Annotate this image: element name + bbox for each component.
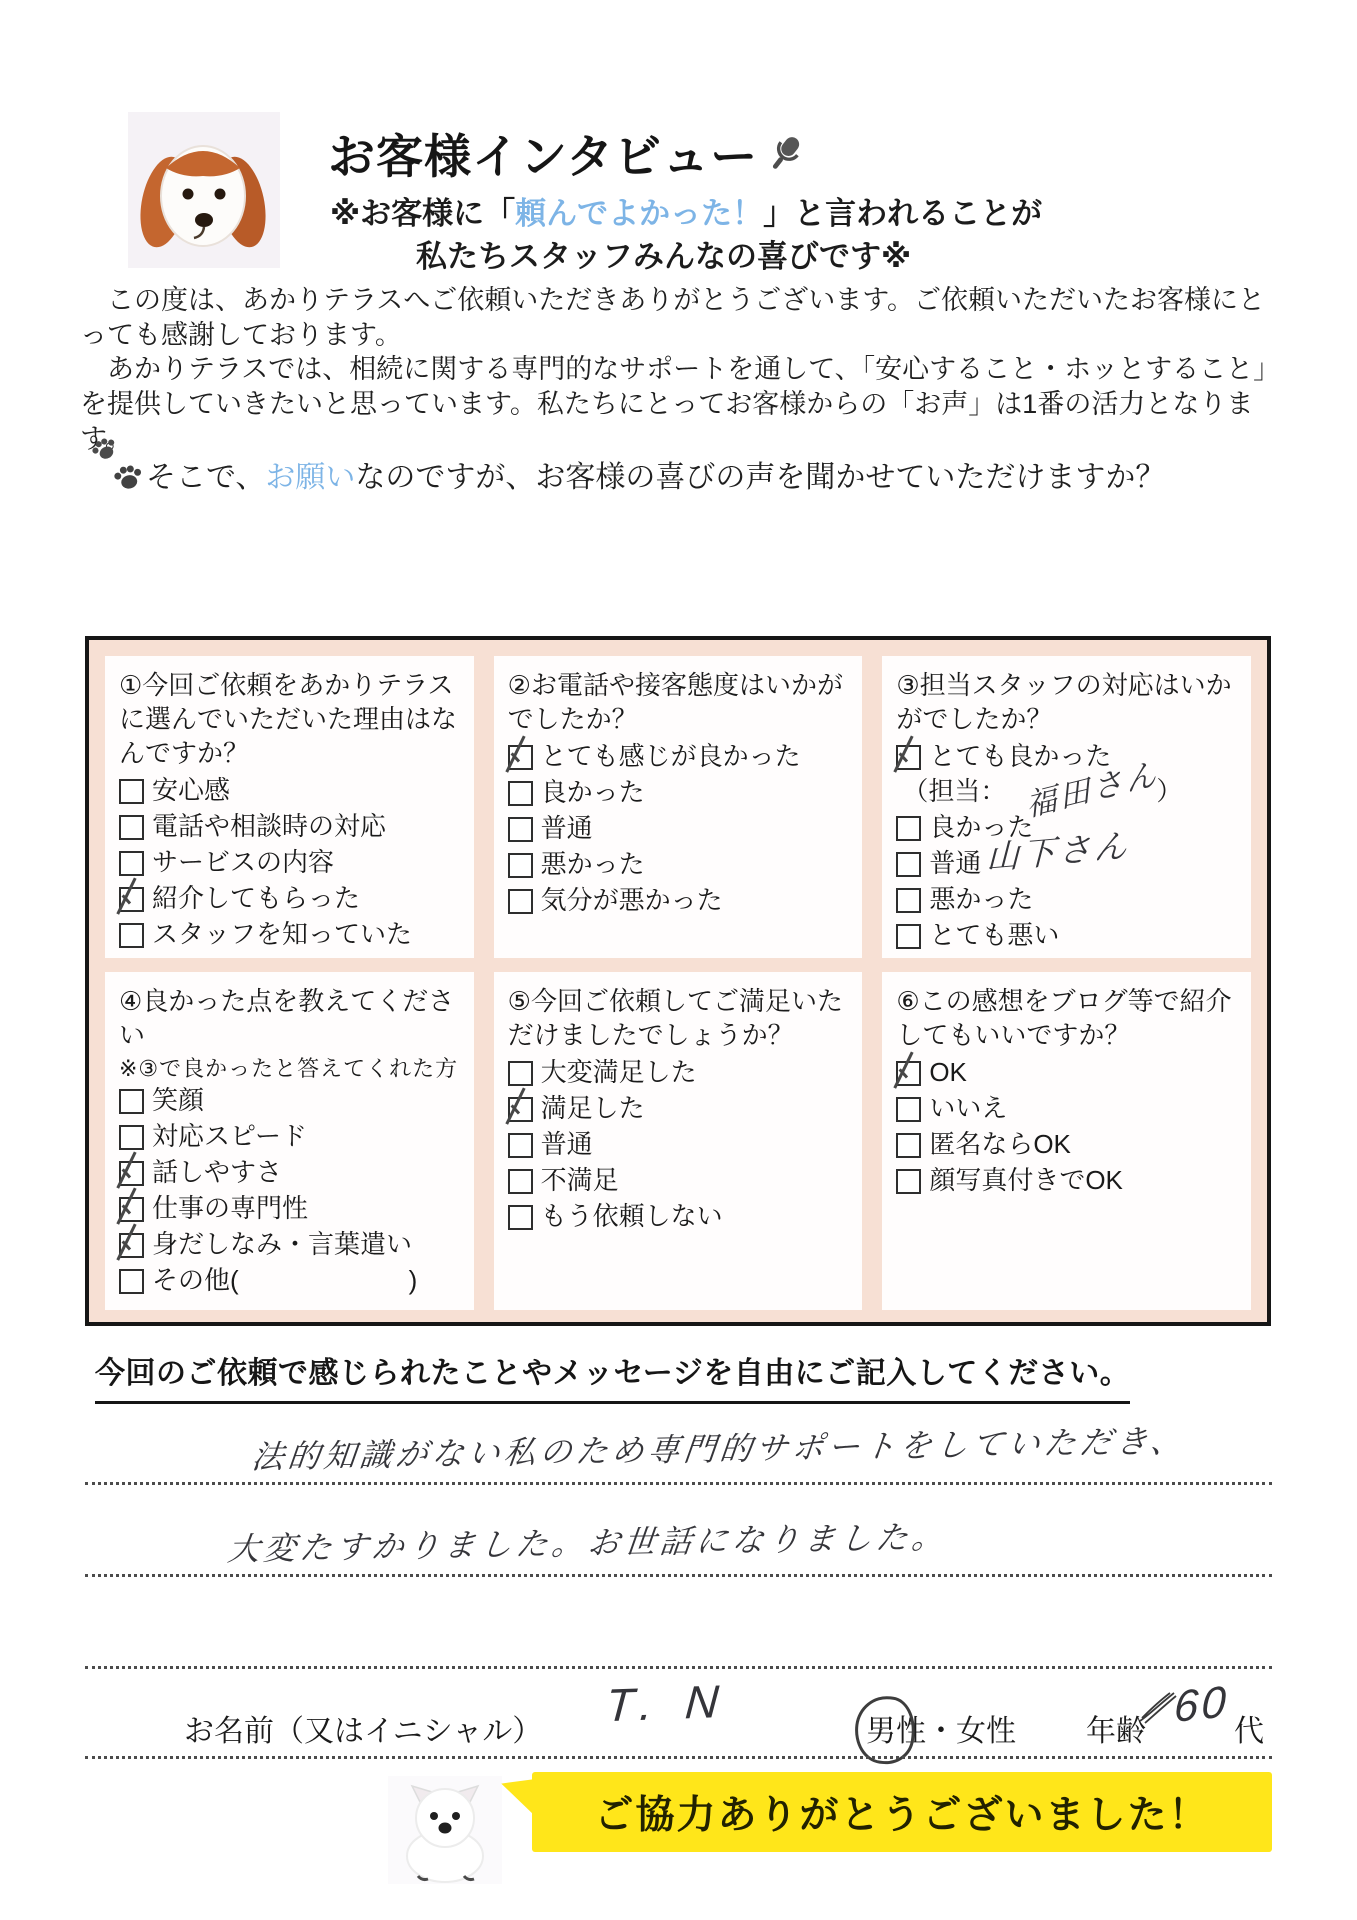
option-label: 電話や相談時の対応 xyxy=(152,809,386,844)
option-label: 身だしなみ・言葉遣い xyxy=(152,1227,412,1262)
checkbox[interactable] xyxy=(508,745,533,770)
comment-section-heading: 今回のご依頼で感じられたことやメッセージを自由にご記入してください。 xyxy=(95,1348,1130,1404)
option-label: 紹介してもらった xyxy=(152,881,360,916)
option-row: 悪かった xyxy=(508,847,849,882)
handwritten-initials: T. N xyxy=(604,1674,730,1732)
checkbox[interactable] xyxy=(896,924,921,949)
option-row: 普通 xyxy=(508,1127,849,1162)
option-row: 悪かった xyxy=(896,882,1237,917)
writing-line xyxy=(85,1482,1272,1485)
writing-line xyxy=(85,1756,1272,1759)
speech-bubble-tail xyxy=(498,1774,539,1815)
checkbox[interactable] xyxy=(119,923,144,948)
question-title: ①今回ご依頼をあかりテラスに選んでいただいた理由はなんですか？ xyxy=(119,668,460,770)
paw-print-icon xyxy=(109,457,147,495)
checkbox[interactable] xyxy=(119,779,144,804)
checkbox[interactable] xyxy=(896,888,921,913)
option-label: 大変満足した xyxy=(541,1055,697,1090)
checkbox[interactable] xyxy=(119,1269,144,1294)
survey-card-4: ④良かった点を教えてください ※③で良かったと答えてくれた方 笑顔 対応スピード… xyxy=(105,972,474,1310)
question-title: ⑥この感想をブログ等で紹介してもいいですか？ xyxy=(896,984,1237,1052)
checkbox[interactable] xyxy=(119,851,144,876)
option-label: 普通 xyxy=(929,846,981,881)
gender-options: 男性・女性 xyxy=(866,1706,1016,1750)
option-row: 電話や相談時の対応 xyxy=(119,809,460,844)
tagline-highlight: 頼んでよかった！ xyxy=(515,196,763,231)
option-row: とても感じが良かった xyxy=(508,739,849,774)
ask-line: そこで、お願いなのですが、お客様の喜びの声を聞かせていただけますか？ xyxy=(146,452,1165,496)
checkbox[interactable] xyxy=(508,853,533,878)
option-row: 気分が悪かった xyxy=(508,883,849,918)
survey-panel: ①今回ご依頼をあかりテラスに選んでいただいた理由はなんですか？ 安心感 電話や相… xyxy=(85,636,1271,1326)
question-note: ※③で良かったと答えてくれた方 xyxy=(119,1055,460,1082)
tagline-line2: 私たちスタッフみんなの喜びです※ xyxy=(416,231,911,276)
age-field-label: 年齢 xyxy=(1086,1706,1146,1750)
option-row: 笑顔 xyxy=(119,1083,460,1118)
option-row: いいえ xyxy=(896,1091,1237,1126)
name-field-label: お名前（又はイニシャル） xyxy=(184,1706,542,1750)
option-row: OK xyxy=(896,1055,1237,1090)
option-label: もう依頼しない xyxy=(541,1199,723,1234)
page-title: お客様インタビュー xyxy=(328,120,758,187)
checkbox[interactable] xyxy=(896,1133,921,1158)
checkbox[interactable] xyxy=(508,817,533,842)
checkbox[interactable] xyxy=(896,1097,921,1122)
question-title: ③担当スタッフの対応はいかがでしたか？ xyxy=(896,668,1237,736)
option-row: 不満足 xyxy=(508,1163,849,1198)
survey-card-5: ⑤今回ご依頼してご満足いただけましたでしょうか？ 大変満足した 満足した 普通 … xyxy=(494,972,863,1310)
option-row: サービスの内容 xyxy=(119,845,460,880)
question-title: ④良かった点を教えてください xyxy=(119,984,460,1052)
checkbox[interactable] xyxy=(508,781,533,806)
checkbox[interactable] xyxy=(119,1089,144,1114)
option-row: 安心感 xyxy=(119,773,460,808)
option-label: スタッフを知っていた xyxy=(152,917,412,952)
option-label: 笑顔 xyxy=(152,1083,204,1118)
option-label: とても感じが良かった xyxy=(541,739,801,774)
checkbox[interactable] xyxy=(508,889,533,914)
microphone-icon xyxy=(764,132,806,176)
checkbox[interactable] xyxy=(896,852,921,877)
option-row: スタッフを知っていた xyxy=(119,917,460,952)
survey-card-2: ②お電話や接客態度はいかがでしたか？ とても感じが良かった 良かった 普通 悪か… xyxy=(494,656,863,958)
option-row: 仕事の専門性 xyxy=(119,1191,460,1226)
ask-highlight: お願い xyxy=(265,461,355,494)
option-label: 普通 xyxy=(541,811,593,846)
option-row: 大変満足した xyxy=(508,1055,849,1090)
option-row: 匿名ならOK xyxy=(896,1127,1237,1162)
checkbox[interactable] xyxy=(896,1061,921,1086)
option-label: 満足した xyxy=(541,1091,645,1126)
checkbox[interactable] xyxy=(896,1169,921,1194)
checkbox[interactable] xyxy=(896,745,921,770)
survey-card-6: ⑥この感想をブログ等で紹介してもいいですか？ OK いいえ 匿名ならOK 顔写真… xyxy=(882,972,1251,1310)
option-row: 紹介してもらった xyxy=(119,881,460,916)
checkbox[interactable] xyxy=(119,1125,144,1150)
checkbox[interactable] xyxy=(119,1233,144,1258)
option-label: 話しやすさ xyxy=(152,1155,282,1190)
thanks-banner: ご協力ありがとうございました！ xyxy=(532,1772,1272,1852)
option-label: OK xyxy=(929,1055,967,1090)
option-label: とても悪い xyxy=(929,918,1059,953)
checkbox[interactable] xyxy=(119,1197,144,1222)
option-label: 匿名ならOK xyxy=(929,1127,1071,1162)
age-suffix-label: 代 xyxy=(1234,1706,1264,1750)
option-label: 良かった xyxy=(541,775,645,810)
intro-paragraph-1: この度は、あかりテラスへご依頼いただきありがとうございます。ご依頼いただいたお客… xyxy=(80,283,1288,353)
handwritten-comment-line1: 法的知識がない私のため専門的サポートをしていただき、 xyxy=(250,1416,1189,1478)
gender-male: 男 xyxy=(866,1706,896,1750)
beagle-dog-photo xyxy=(128,112,280,268)
option-row: 話しやすさ xyxy=(119,1155,460,1190)
scanned-survey-form: お客様インタビュー ※お客様に「頼んでよかった！」と言われることが 私たちスタッ… xyxy=(0,0,1357,1920)
intro-paragraph-2: あかりテラスでは、相続に関する専門的なサポートを通して、「安心すること・ホッとす… xyxy=(80,352,1288,457)
option-label: その他( xyxy=(152,1263,239,1298)
option-close-paren: ) xyxy=(409,1263,418,1298)
tagline-line1: ※お客様に「頼んでよかった！」と言われることが xyxy=(330,188,1042,233)
checkbox[interactable] xyxy=(119,815,144,840)
option-label: 気分が悪かった xyxy=(541,883,723,918)
writing-line xyxy=(85,1666,1272,1669)
checkbox[interactable] xyxy=(508,1097,533,1122)
option-row: とても悪い xyxy=(896,918,1237,953)
option-label: 安心感 xyxy=(152,773,230,808)
option-label: 対応スピード xyxy=(152,1119,307,1154)
checkbox[interactable] xyxy=(119,887,144,912)
checkbox[interactable] xyxy=(508,1133,533,1158)
option-row: もう依頼しない xyxy=(508,1199,849,1234)
option-label: 普通 xyxy=(541,1127,593,1162)
survey-card-3: ③担当スタッフの対応はいかがでしたか？ とても良かった （担当：） 福田さん 山… xyxy=(882,656,1251,958)
white-puppy-photo xyxy=(388,1776,502,1884)
handwritten-age: 60 xyxy=(1173,1677,1229,1733)
option-label: 悪かった xyxy=(929,882,1033,917)
question-title: ⑤今回ご依頼してご満足いただけましたでしょうか？ xyxy=(508,984,849,1052)
option-row: 対応スピード xyxy=(119,1119,460,1154)
option-label: 顔写真付きでOK xyxy=(929,1163,1123,1198)
option-row: 普通 xyxy=(508,811,849,846)
option-label: 悪かった xyxy=(541,847,645,882)
option-row: 顔写真付きでOK xyxy=(896,1163,1237,1198)
option-label: 仕事の専門性 xyxy=(152,1191,308,1226)
checkbox[interactable] xyxy=(896,816,921,841)
option-row: 良かった xyxy=(508,775,849,810)
option-label: 不満足 xyxy=(541,1163,619,1198)
survey-card-1: ①今回ご依頼をあかりテラスに選んでいただいた理由はなんですか？ 安心感 電話や相… xyxy=(105,656,474,958)
checkbox[interactable] xyxy=(119,1161,144,1186)
writing-line xyxy=(85,1574,1272,1577)
checkbox[interactable] xyxy=(508,1061,533,1086)
option-label: サービスの内容 xyxy=(152,845,334,880)
option-row: その他() xyxy=(119,1263,460,1298)
question-title: ②お電話や接客態度はいかがでしたか？ xyxy=(508,668,849,736)
checkbox[interactable] xyxy=(508,1169,533,1194)
checkbox[interactable] xyxy=(508,1205,533,1230)
option-row: 満足した xyxy=(508,1091,849,1126)
option-label: いいえ xyxy=(929,1091,1007,1126)
handwritten-comment-line2: 大変たすかりました。お世話になりました。 xyxy=(226,1512,951,1571)
option-row: 身だしなみ・言葉遣い xyxy=(119,1227,460,1262)
thanks-banner-text: ご協力ありがとうございました！ xyxy=(594,1784,1209,1840)
